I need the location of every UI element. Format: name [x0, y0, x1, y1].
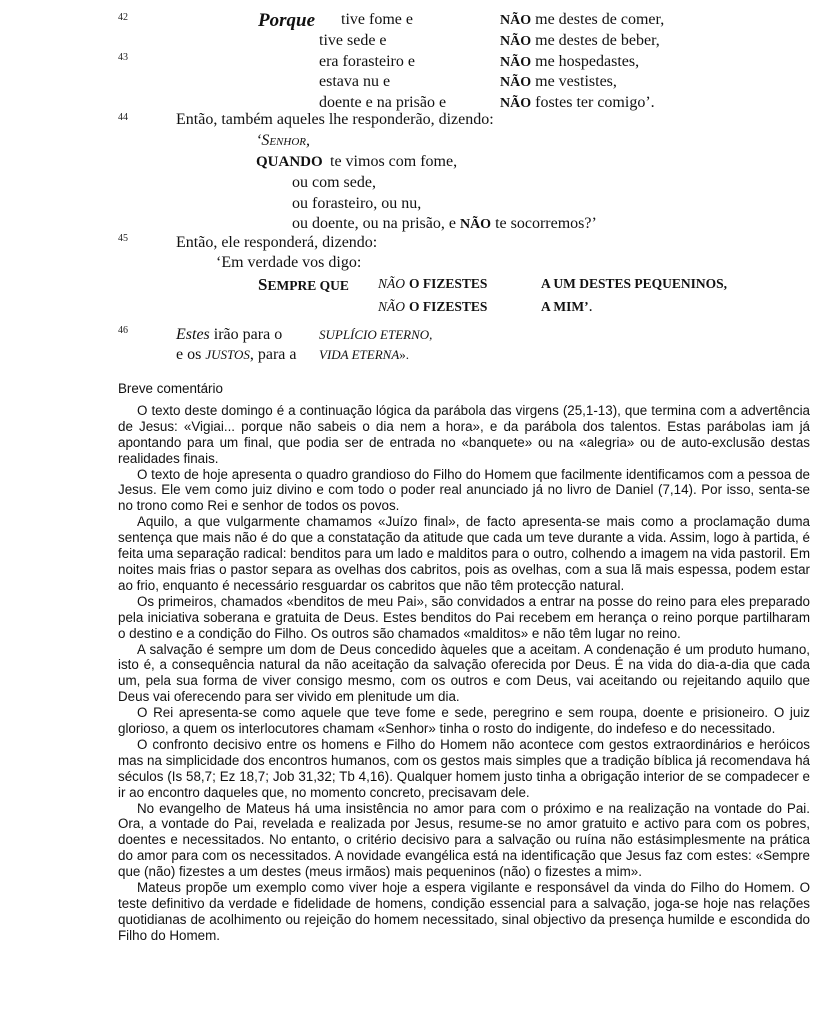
vida-eterna-text: vida eterna	[319, 347, 399, 362]
verse42-right-line: não fostes ter comigo’.	[500, 93, 655, 114]
nao-word: não	[500, 13, 531, 28]
verse44-line-3: ou forasteiro, ou nu,	[292, 194, 421, 214]
verse42-right-line: não me vestistes,	[500, 72, 617, 93]
verse44-line-4-text: ou doente, ou na prisão, e	[292, 215, 456, 232]
verse-number-43: 43	[118, 52, 128, 63]
verse44-quando: QUANDO	[256, 152, 323, 172]
verse44-line-2: ou com sede,	[292, 173, 376, 193]
vida-eterna: vida eterna».	[319, 345, 409, 365]
sempre-que: SEMPRE QUE	[258, 275, 349, 295]
verse44-nao: não	[460, 217, 491, 232]
verse42-right-line: não me destes de comer,	[500, 10, 664, 31]
a-mim: A MIM’.	[541, 298, 593, 316]
commentary-section: Breve comentário O texto deste domingo é…	[118, 381, 810, 944]
nao-italic-1: NÃO	[378, 276, 405, 291]
verse42-right-text: fostes ter comigo’.	[535, 94, 655, 111]
verse-number-46: 46	[118, 325, 128, 336]
nao-o-fizestes-2: NÃO O FIZESTES	[378, 298, 487, 316]
a-um-destes-pequeninos: A UM DESTES PEQUENINOS,	[541, 275, 727, 293]
suplicio-text: suplício eterno	[319, 327, 429, 342]
verse44-line-1: te vimos com fome,	[330, 152, 457, 172]
a-um-destes-text: A UM DESTES PEQUENINOS,	[541, 276, 727, 291]
a-mim-text: A MIM’	[541, 299, 589, 314]
nao-word: não	[500, 34, 531, 49]
verse46-line-2: e os justos, para a	[176, 345, 297, 365]
commentary-paragraph: O Rei apresenta-se como aquele que teve …	[118, 705, 810, 737]
suplicio-eterno: suplício eterno,	[319, 325, 432, 345]
nao-word: não	[500, 96, 531, 111]
verse46-line2-a: e os	[176, 346, 205, 363]
verse45-intro: Então, ele responderá, dizendo:	[176, 233, 377, 253]
verse44-line-4: ou doente, ou na prisão, e não te socorr…	[292, 214, 597, 235]
verse44-end: te socorremos?’	[495, 215, 597, 232]
commentary-paragraph: O texto deste domingo é a continuação ló…	[118, 403, 810, 467]
commentary-heading: Breve comentário	[118, 381, 810, 397]
justos-word: justos	[205, 347, 250, 362]
o-fizestes-2: O FIZESTES	[409, 299, 487, 314]
verse-number-45: 45	[118, 233, 128, 244]
verse44-intro: Então, também aqueles lhe responderão, d…	[176, 110, 494, 130]
verse42-left-line: tive fome e	[341, 10, 413, 30]
nao-word: não	[500, 55, 531, 70]
suplicio-comma: ,	[429, 327, 432, 342]
commentary-paragraph: O confronto decisivo entre os homens e F…	[118, 737, 810, 801]
verse-number-44: 44	[118, 112, 128, 123]
commentary-paragraph: O texto de hoje apresenta o quadro grand…	[118, 467, 810, 515]
commentary-paragraph: Aquilo, a que vulgarmente chamamos «Juíz…	[118, 514, 810, 594]
nao-word: não	[500, 75, 531, 90]
verse42-left-line: estava nu e	[319, 72, 390, 92]
verse42-left-line: tive sede e	[319, 31, 387, 51]
commentary-body: O texto deste domingo é a continuação ló…	[118, 403, 810, 944]
a-mim-period: .	[589, 298, 593, 315]
nao-italic-2: NÃO	[378, 299, 405, 314]
verse46-line-1: Estes irão para o	[176, 325, 282, 345]
verse46-line2-b: , para a	[250, 346, 297, 363]
nao-o-fizestes-1: NÃO O FIZESTES	[378, 275, 487, 293]
verse42-right-text: me vestistes,	[535, 73, 617, 90]
verse44-senhor: ‘Senhor,	[256, 131, 310, 151]
commentary-paragraph: A salvação é sempre um dom de Deus conce…	[118, 642, 810, 706]
sempre-rest: EMPRE QUE	[267, 278, 348, 293]
commentary-paragraph: No evangelho de Mateus há uma insistênci…	[118, 801, 810, 881]
verse42-right-text: me destes de beber,	[535, 32, 660, 49]
verse-number-42: 42	[118, 12, 128, 23]
verse42-right-text: me hospedastes,	[535, 53, 639, 70]
commentary-paragraph: Os primeiros, chamados «benditos de meu …	[118, 594, 810, 642]
verse45-quote: ‘Em verdade vos digo:	[216, 253, 361, 273]
verse42-left-line: era forasteiro e	[319, 52, 415, 72]
porque-word: Porque	[258, 10, 315, 32]
verse46-line1-rest: irão para o	[210, 326, 282, 343]
o-fizestes-1: O FIZESTES	[409, 276, 487, 291]
commentary-paragraph: Mateus propõe um exemplo como viver hoje…	[118, 880, 810, 944]
verse42-right-text: me destes de comer,	[535, 11, 664, 28]
verse42-right-line: não me hospedastes,	[500, 52, 639, 73]
vida-eterna-close: ».	[399, 347, 409, 362]
estes-word: Estes	[176, 326, 210, 343]
verse42-right-line: não me destes de beber,	[500, 31, 660, 52]
